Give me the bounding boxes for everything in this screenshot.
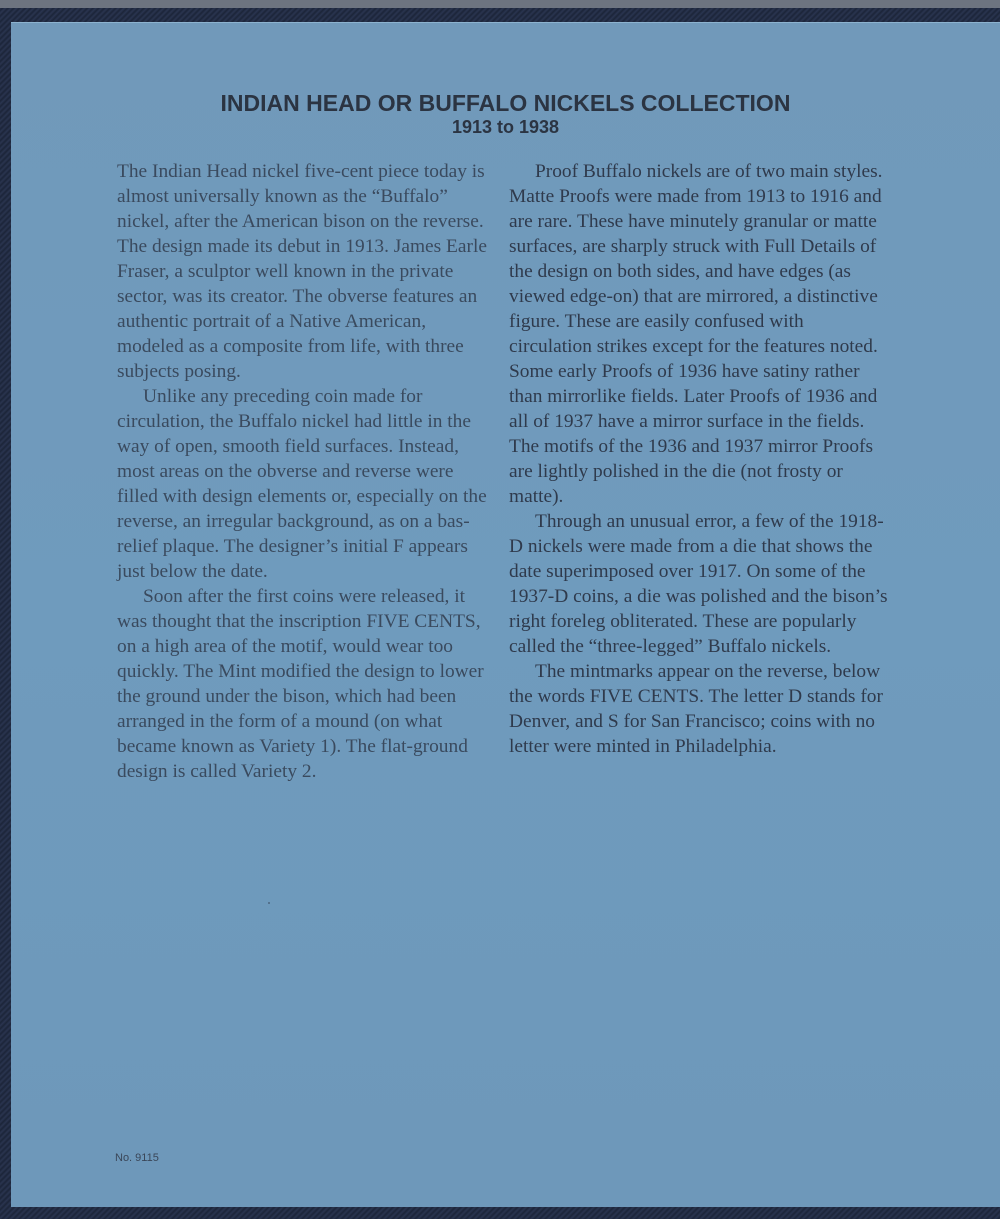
paragraph: Proof Buffalo nickels are of two main st… xyxy=(509,159,891,509)
page-header: INDIAN HEAD OR BUFFALO NICKELS COLLECTIO… xyxy=(11,90,1000,138)
catalog-number: No. 9115 xyxy=(115,1152,159,1164)
page-title: INDIAN HEAD OR BUFFALO NICKELS COLLECTIO… xyxy=(11,90,1000,116)
album-page: INDIAN HEAD OR BUFFALO NICKELS COLLECTIO… xyxy=(11,22,1000,1207)
right-text-column: Proof Buffalo nickels are of two main st… xyxy=(509,159,891,759)
binder-top-edge xyxy=(0,0,1000,8)
paragraph: The Indian Head nickel five-cent piece t… xyxy=(117,159,497,384)
paragraph: Soon after the first coins were released… xyxy=(117,584,497,784)
paragraph: Unlike any preceding coin made for circu… xyxy=(117,384,497,584)
paragraph: The mintmarks appear on the reverse, bel… xyxy=(509,659,891,759)
paragraph: Through an unusual error, a few of the 1… xyxy=(509,509,891,659)
page-subtitle: 1913 to 1938 xyxy=(11,116,1000,138)
paper-speck xyxy=(268,902,270,904)
left-text-column: The Indian Head nickel five-cent piece t… xyxy=(117,159,497,784)
